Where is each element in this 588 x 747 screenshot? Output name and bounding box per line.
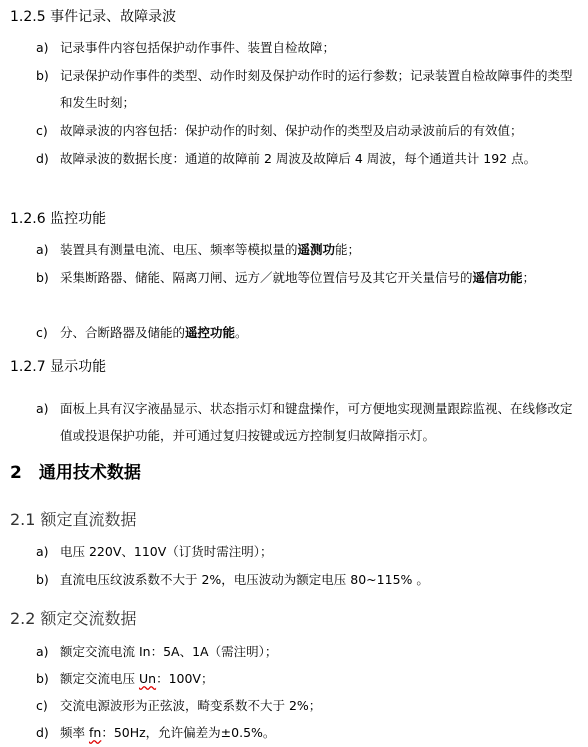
list-item: d)故障录波的数据长度：通道的故障前 2 周波及故障后 4 周波，每个通道共计 … — [36, 145, 576, 172]
list-marker: b) — [36, 62, 60, 89]
list-item: a)面板上具有汉字液晶显示、状态指示灯和键盘操作，可方便地实现测量跟踪监视、在线… — [36, 395, 576, 449]
list-text: 分、合断路器及储能的 — [60, 325, 185, 340]
heading-2-2: 2.2 额定交流数据 — [10, 608, 137, 630]
list-marker: a) — [36, 395, 60, 422]
heading-1-2-5: 1.2.5 事件记录、故障录波 — [10, 8, 176, 26]
emphasis: 遥信功能 — [473, 270, 523, 285]
list-item: a)额定交流电流 In：5A、1A（需注明）； — [36, 638, 576, 665]
list-item: a)电压 220V、110V（订货时需注明）； — [36, 538, 576, 565]
list-item: a)装置具有测量电流、电压、频率等模拟量的遥测功能； — [36, 236, 576, 263]
list-text: 直流电压纹波系数不大于 2%，电压波动为额定电压 80~115% 。 — [60, 566, 576, 593]
list-marker: d) — [36, 719, 60, 746]
list-text: ：50Hz，允许偏差为±0.5%。 — [101, 725, 275, 740]
list-marker: b) — [36, 665, 60, 692]
list-text: 额定交流电压 — [60, 671, 139, 686]
list-text: 电压 220V、110V（订货时需注明）； — [60, 538, 576, 565]
list-text: 。 — [235, 325, 248, 340]
list-marker: a) — [36, 638, 60, 665]
list-text: 装置具有测量电流、电压、频率等模拟量的 — [60, 242, 298, 257]
list-item: b)记录保护动作事件的类型、动作时刻及保护动作时的运行参数；记录装置自检故障事件… — [36, 62, 576, 116]
list-item: b)直流电压纹波系数不大于 2%，电压波动为额定电压 80~115% 。 — [36, 566, 576, 593]
list-marker: b) — [36, 264, 60, 291]
list-text: 故障录波的内容包括：保护动作的时刻、保护动作的类型及启动录波前后的有效值； — [60, 117, 576, 144]
list-marker: c) — [36, 692, 60, 719]
list-text: 能； — [335, 242, 360, 257]
list-marker: a) — [36, 538, 60, 565]
list-text: 记录事件内容包括保护动作事件、装置自检故障； — [60, 34, 576, 61]
list-marker: d) — [36, 145, 60, 172]
spellcheck-underline-text: Un — [139, 671, 156, 686]
list-text: 故障录波的数据长度：通道的故障前 2 周波及故障后 4 周波，每个通道共计 19… — [60, 145, 576, 172]
list-marker: c) — [36, 319, 60, 346]
list-text: 采集断路器、储能、隔离刀闸、远方／就地等位置信号及其它开关量信号的 — [60, 270, 473, 285]
list-text: 记录保护动作事件的类型、动作时刻及保护动作时的运行参数；记录装置自检故障事件的类… — [60, 62, 576, 116]
emphasis: 遥测功 — [298, 242, 336, 257]
heading-1-2-7: 1.2.7 显示功能 — [10, 358, 106, 376]
list-marker: a) — [36, 236, 60, 263]
list-text: 交流电源波形为正弦波，畸变系数不大于 2%； — [60, 692, 576, 719]
list-item: a)记录事件内容包括保护动作事件、装置自检故障； — [36, 34, 576, 61]
list-item: b)采集断路器、储能、隔离刀闸、远方／就地等位置信号及其它开关量信号的遥信功能； — [36, 264, 576, 291]
list-item: c)故障录波的内容包括：保护动作的时刻、保护动作的类型及启动录波前后的有效值； — [36, 117, 576, 144]
list-marker: c) — [36, 117, 60, 144]
list-item: c)交流电源波形为正弦波，畸变系数不大于 2%； — [36, 692, 576, 719]
list-text: 面板上具有汉字液晶显示、状态指示灯和键盘操作，可方便地实现测量跟踪监视、在线修改… — [60, 395, 576, 449]
list-item: b)额定交流电压 Un：100V； — [36, 665, 576, 692]
heading-1-2-6: 1.2.6 监控功能 — [10, 210, 106, 228]
emphasis: 遥控功能 — [185, 325, 235, 340]
list-text: ：100V； — [156, 671, 213, 686]
heading-2-1: 2.1 额定直流数据 — [10, 509, 137, 531]
list-marker: b) — [36, 566, 60, 593]
list-item: c)分、合断路器及储能的遥控功能。 — [36, 319, 576, 346]
list-text: ； — [523, 270, 536, 285]
heading-2: 2 通用技术数据 — [10, 462, 141, 484]
list-text: 额定交流电流 In：5A、1A（需注明）； — [60, 638, 576, 665]
list-text: 频率 — [60, 725, 89, 740]
list-item: d)频率 fn：50Hz，允许偏差为±0.5%。 — [36, 719, 576, 746]
spellcheck-underline-text: fn — [89, 725, 101, 740]
list-marker: a) — [36, 34, 60, 61]
